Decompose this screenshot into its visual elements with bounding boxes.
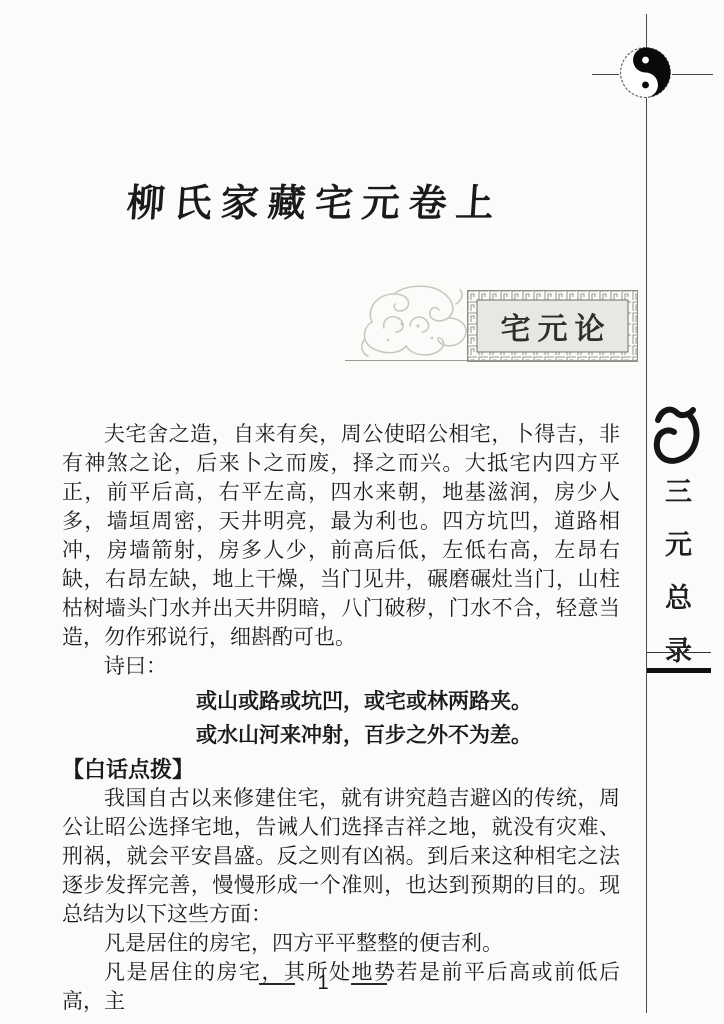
calligraphy-flourish-icon xyxy=(652,404,700,474)
book-page: 柳氏家藏宅元卷上 xyxy=(0,0,724,1024)
dragon-cloud-ornament-icon xyxy=(358,282,476,366)
poem-line: 或水山河来冲射，百步之外不为差。 xyxy=(196,719,620,753)
page-footer: 1 xyxy=(0,972,646,995)
paragraph: 我国自古以来修建住宅，就有讲究趋吉避凶的传统，周公让昭公选择宅地，告诫人们选择吉… xyxy=(62,784,620,929)
section-title: 宅元论 xyxy=(467,304,638,348)
subsection-header: 【白话点拨】 xyxy=(62,755,620,784)
yinyang-tick-left xyxy=(592,74,619,75)
footer-dash-right xyxy=(351,983,387,985)
sidebar-divider-line xyxy=(646,14,647,1013)
section-header-box: 宅元论 xyxy=(467,290,638,362)
body-text: 夫宅舍之造，自来有矣，周公使昭公相宅，卜得吉，非有神煞之论，后来卜之而废，择之而… xyxy=(62,420,620,1016)
poem-intro: 诗曰： xyxy=(62,652,620,681)
yin-yang-icon xyxy=(619,46,672,99)
poem: 或山或路或坑凹，或宅或林两路夹。 或水山河来冲射，百步之外不为差。 xyxy=(62,685,620,753)
sidebar-rule-thin xyxy=(647,652,711,653)
poem-line: 或山或路或坑凹，或宅或林两路夹。 xyxy=(196,685,620,719)
yinyang-tick-right xyxy=(672,74,713,75)
sidebar-book-title: 三元总录 xyxy=(657,477,696,737)
footer-dash-left xyxy=(259,983,295,985)
page-title: 柳氏家藏宅元卷上 xyxy=(83,172,547,227)
paragraph: 夫宅舍之造，自来有矣，周公使昭公相宅，卜得吉，非有神煞之论，后来卜之而废，择之而… xyxy=(62,420,620,652)
sidebar-rule-thick xyxy=(647,668,711,673)
paragraph: 凡是居住的房宅，四方平平整整的便吉利。 xyxy=(62,929,620,958)
section-header-rule xyxy=(345,360,638,361)
page-number: 1 xyxy=(317,972,328,995)
